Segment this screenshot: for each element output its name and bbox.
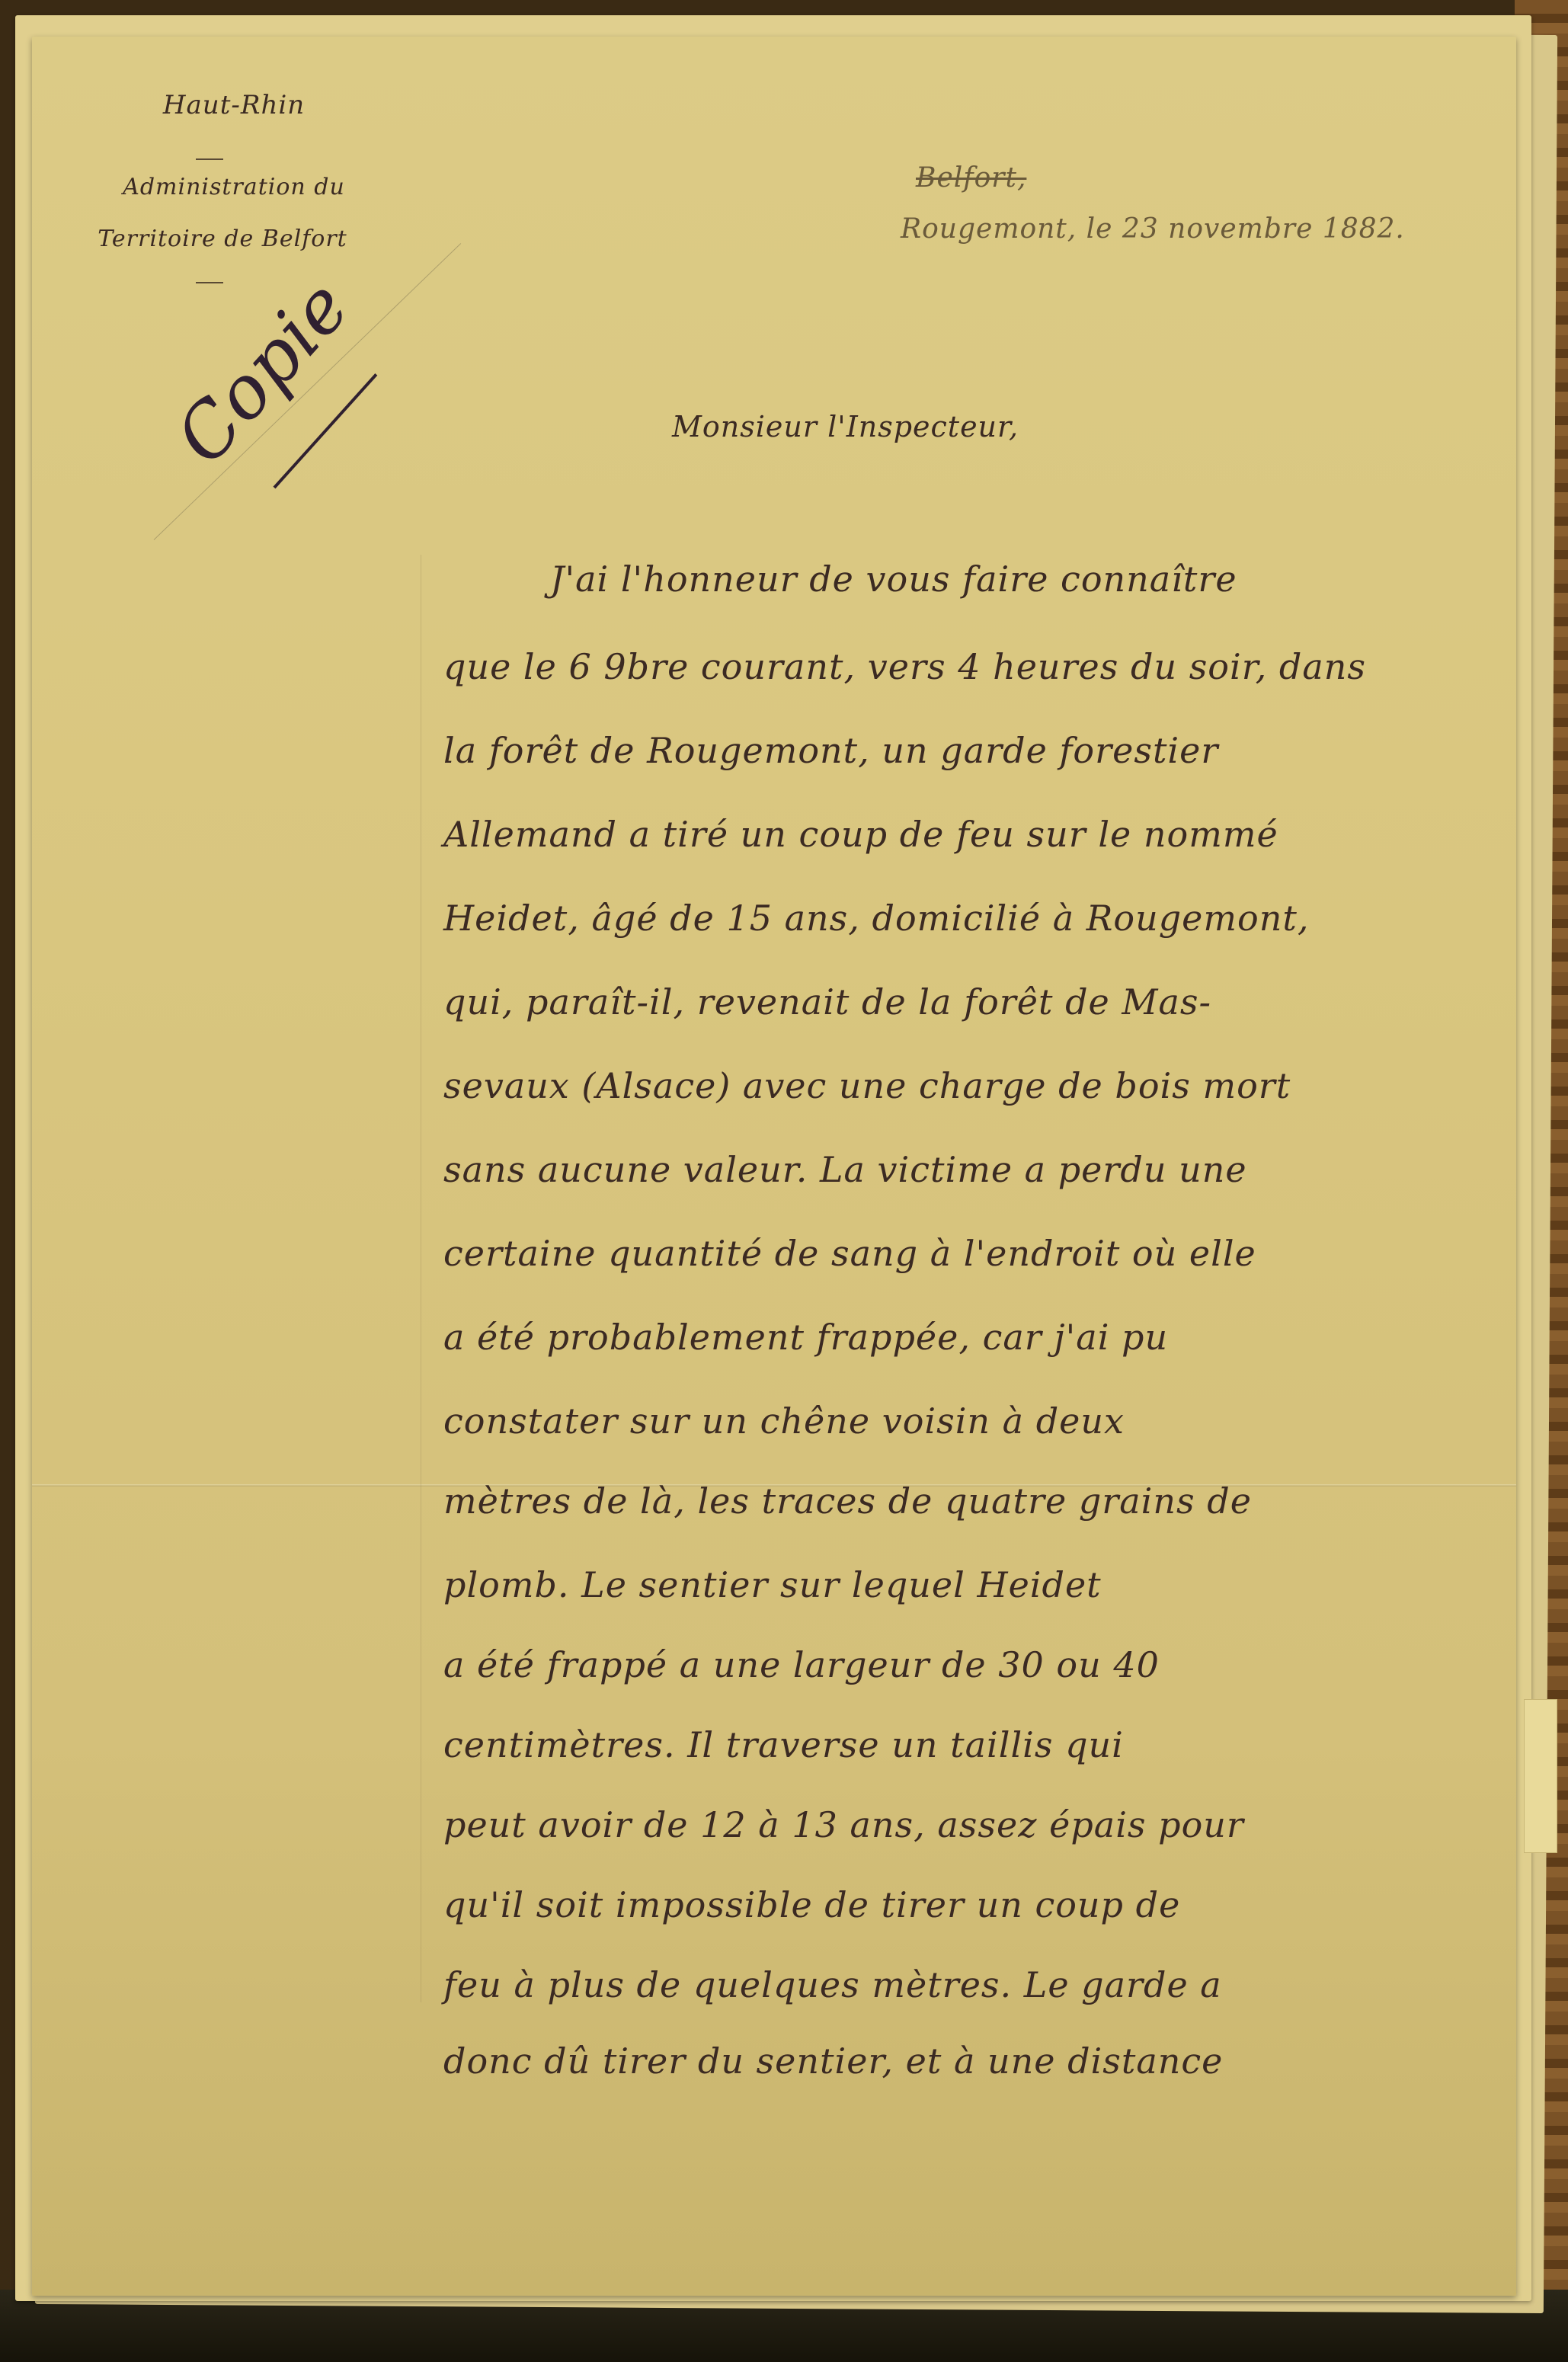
body-line: peut avoir de 12 à 13 ans, assez épais p… [443, 1804, 1525, 1845]
body-line: qui, paraît-il, revenait de la forêt de … [443, 981, 1525, 1023]
body-line: a été probablement frappée, car j'ai pu [443, 1317, 1525, 1358]
margin-rule [196, 282, 223, 283]
pencil-margin-line [421, 555, 421, 2002]
dateline-struck-place: Belfort, [916, 162, 1026, 194]
margin-rule [196, 158, 223, 160]
body-line: sans aucune valeur. La victime a perdu u… [443, 1149, 1525, 1190]
body-line: constater sur un chêne voisin à deux [443, 1400, 1525, 1442]
body-line: qu'il soit impossible de tirer un coup d… [443, 1884, 1525, 1925]
letter-page: Haut-Rhin Administration du Territoire d… [32, 37, 1516, 2296]
margin-administration: Administration du [97, 174, 371, 200]
body-line: plomb. Le sentier sur lequel Heidet [443, 1564, 1525, 1605]
body-line: centimètres. Il traverse un taillis qui [443, 1724, 1525, 1765]
body-line: feu à plus de quelques mètres. Le garde … [443, 1964, 1525, 2005]
body-line: sevaux (Alsace) avec une charge de bois … [443, 1065, 1525, 1106]
body-line: a été frappé a une largeur de 30 ou 40 [443, 1644, 1525, 1685]
body-line: certaine quantité de sang à l'endroit où… [443, 1233, 1525, 1274]
margin-department: Haut-Rhin [135, 90, 333, 120]
body-line: Heidet, âgé de 15 ans, domicilié à Rouge… [443, 898, 1525, 939]
body-line: la forêt de Rougemont, un garde forestie… [443, 730, 1525, 771]
body-line: J'ai l'honneur de vous faire connaître [550, 558, 1568, 600]
body-line: que le 6 9bre courant, vers 4 heures du … [443, 646, 1525, 687]
body-line: Allemand a tiré un coup de feu sur le no… [443, 814, 1525, 855]
salutation: Monsieur l'Inspecteur, [672, 410, 1019, 443]
body-line: donc dû tirer du sentier, et à une dista… [443, 2040, 1525, 2082]
copy-stamp: Copie [159, 264, 366, 480]
page-tab [1524, 1699, 1557, 1853]
dateline: Rougemont, le 23 novembre 1882. [901, 213, 1405, 245]
margin-territory: Territoire de Belfort [70, 226, 375, 252]
body-line: mètres de là, les traces de quatre grain… [443, 1480, 1525, 1522]
